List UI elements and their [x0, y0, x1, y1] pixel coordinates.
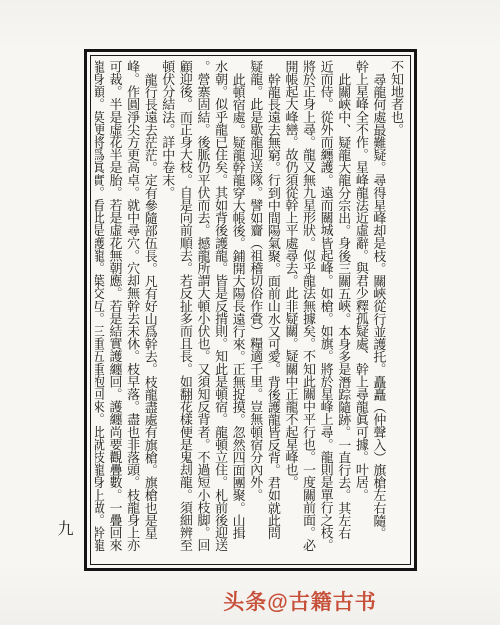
folio-page-number: 九: [52, 520, 75, 538]
book-page-scan: 九 不知地者也。尋龍何處最難疑。尋得星峰却是枝。關峽從行並護托。矗矗（仲聲入）旗…: [0, 0, 500, 625]
text-column: 幹上星峰全不作。星峰龍法近虛辭。與君少釋孤疑處、幹上尋龍眞可據。叶居。: [352, 60, 370, 560]
text-column: 此關峽中、疑龍大龍分宗出。身後三關五峽。本身多是潛踪隨跡。一直行去。其左右: [335, 60, 353, 560]
text-column: 疑龍。此是歇龍迎送隊。譬如齎（祖稽切俗作賫）糧適千里。豈無頓宿分內外。: [247, 60, 265, 560]
text-column: 近而侍。從外而纏護。遠而關城皆起峰。如槍。如旗。將於星峰上尋。龍則是單行之枝。: [317, 60, 335, 560]
text-column: 此頓宿處。疑龍幹龍穿大帳後。鋪開大陽長遠行來。正無捉摸。忽然四面團聚。山揖: [229, 60, 247, 560]
text-column: 龍身顧。莫便將爲眞實。看此是護龍。葉交互。三重五重抱回來。此就枝龍身上做。幹龍: [95, 60, 106, 560]
text-column: 顧迎後。而正身大枝。自是向前順去。若反扯多而且長。如翻花樣便是鬼刦龍。須細辨至: [176, 60, 194, 560]
text-column: 開帳起大峰巒。故仍須從幹上平處尋去。此非疑關。疑關中正龍不起星峰也。: [282, 60, 300, 560]
watermark-text: 头条@古籍古书: [200, 586, 400, 616]
text-column: 龍行長遠去茫茫。定有參隨部伍長。凡有好山爲幹去。枝龍盡處有旗槍。旗槍也是星: [141, 60, 159, 560]
text-column: 。營寨固結。後脈仍平伏而去。撼龍所謂大頓小伏也。又須知反背者。不過短小枝脚。回: [194, 60, 212, 560]
page-border-frame: 不知地者也。尋龍何處最難疑。尋得星峰却是枝。關峽從行並護托。矗矗（仲聲入）旗槍左…: [84, 49, 417, 571]
text-column: 頓伏分結法。詳中卷末。: [159, 60, 177, 560]
text-column: 幹龍長遠去無窮。行到中間陽氣聚。面前山水又可愛。背後護龍皆反背。君如就此問: [264, 60, 282, 560]
text-column: 尋龍何處最難疑。尋得星峰却是枝。關峽從行並護托。矗矗（仲聲入）旗槍左右隨。: [370, 60, 388, 560]
page-border-inner-line: 不知地者也。尋龍何處最難疑。尋得星峰却是枝。關峽從行並護托。矗矗（仲聲入）旗槍左…: [90, 55, 411, 565]
vertical-text-columns: 不知地者也。尋龍何處最難疑。尋得星峰却是枝。關峽從行並護托。矗矗（仲聲入）旗槍左…: [95, 60, 405, 560]
text-column: 不知地者也。: [387, 60, 405, 560]
text-column: 將於正身上尋。龍又無九星形狀。似乎龍法無據矣。不知此關中平行也。一度關前面。必: [299, 60, 317, 560]
text-column: 峰。作圓淨尖方更高卓。就中尋穴。穴却無幹去未休。枝早落。盡也非落頭。枝龍身上亦: [124, 60, 142, 560]
text-column: 水朝。似乎龍已住矣。其如背後護龍。皆是反揹則。知此是頓宿。龍頓立住。札前後迎送: [211, 60, 229, 560]
text-column: 可裁。半是虛花半是胎。若是虛花無朝應。若是結實護纏回。護纏尚要觀疊數。一疊回來: [106, 60, 124, 560]
